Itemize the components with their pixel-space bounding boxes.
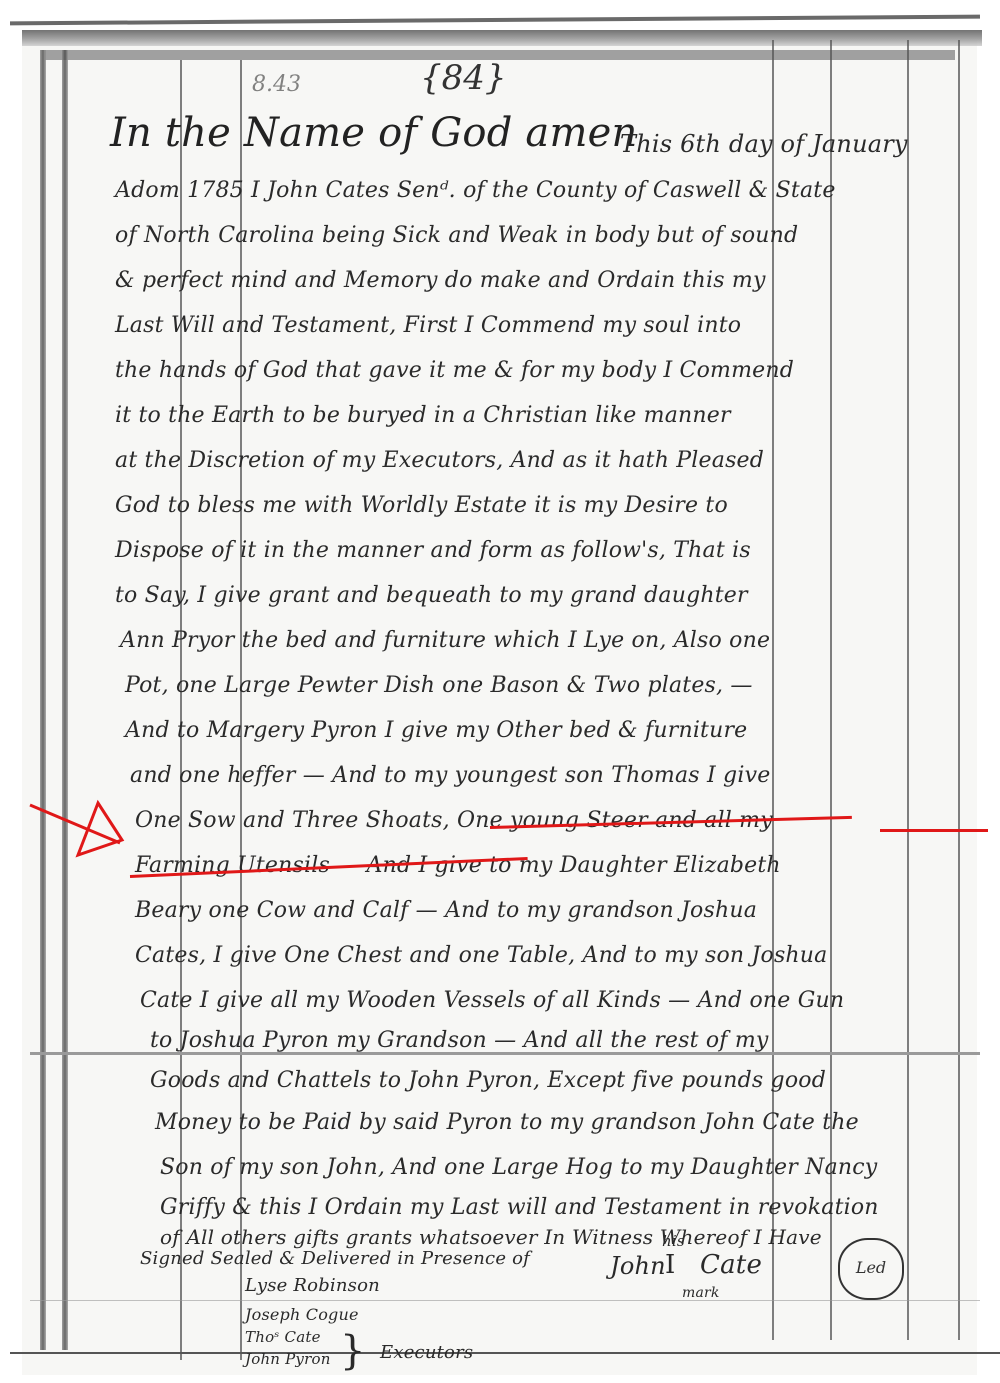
will-line-highlighted: Farming Utensils — And I give to my Daug…	[135, 853, 781, 878]
will-line: Dispose of it in the manner and form as …	[115, 538, 751, 563]
signature-mark: I	[665, 1250, 675, 1280]
will-line: to Joshua Pyron my Grandson — And all th…	[150, 1028, 769, 1053]
executor-name: John Pyron	[245, 1350, 331, 1368]
will-line: of North Carolina being Sick and Weak in…	[115, 223, 798, 248]
will-heading: In the Name of God amen	[110, 110, 637, 156]
will-line: at the Discretion of my Executors, And a…	[115, 448, 764, 473]
will-line: God to bless me with Worldly Estate it i…	[115, 493, 728, 518]
wax-seal: Led	[838, 1238, 904, 1300]
will-line: Cates, I give One Chest and one Table, A…	[135, 943, 828, 968]
scan-top-shadow	[22, 30, 982, 46]
column-rule	[907, 40, 909, 1340]
witness-name: Joseph Cogue	[245, 1305, 359, 1324]
will-line: Ann Pryor the bed and furniture which I …	[120, 628, 770, 653]
column-rule	[958, 40, 960, 1340]
will-line: Money to be Paid by said Pyron to my gra…	[155, 1110, 859, 1135]
signature-first-name: John	[610, 1252, 666, 1280]
signature-his: his	[662, 1232, 685, 1250]
will-line: and one heffer — And to my youngest son …	[130, 763, 770, 788]
will-line: This 6th day of January	[620, 130, 908, 158]
red-underline	[880, 829, 988, 832]
executors-label: Executors	[380, 1342, 473, 1363]
page-number: {84}	[420, 58, 507, 98]
margin-rule-inner	[62, 50, 68, 1350]
scan-bottom-edge	[10, 1352, 1000, 1354]
signature-mark-label: mark	[682, 1285, 720, 1301]
red-arrow-icon	[20, 795, 130, 865]
witness-name: Lyse Robinson	[245, 1275, 380, 1296]
executor-name: Thoˢ Cate	[245, 1328, 321, 1346]
will-line: it to the Earth to be buryed in a Christ…	[115, 403, 731, 428]
will-line: Cate I give all my Wooden Vessels of all…	[140, 988, 844, 1013]
signature-last-name: Cate	[700, 1250, 762, 1280]
will-line: to Say, I give grant and bequeath to my …	[115, 583, 748, 608]
will-line: Son of my son John, And one Large Hog to…	[160, 1155, 877, 1180]
attestation-text: Signed Sealed & Delivered in Presence of	[140, 1248, 530, 1269]
will-line: & perfect mind and Memory do make and Or…	[115, 268, 766, 293]
scan-top-edge	[10, 15, 980, 26]
will-line: Adom 1785 I John Cates Senᵈ. of the Coun…	[115, 178, 836, 203]
will-line-highlighted: Beary one Cow and Calf — And to my grand…	[135, 898, 757, 923]
will-line: the hands of God that gave it me & for m…	[115, 358, 794, 383]
page-fold-line	[30, 1300, 980, 1301]
will-line: Goods and Chattels to John Pyron, Except…	[150, 1068, 826, 1093]
will-line: Pot, one Large Pewter Dish one Bason & T…	[125, 673, 753, 698]
will-line: Last Will and Testament, First I Commend…	[115, 313, 741, 338]
folio-number: 8.43	[252, 72, 301, 97]
column-rule	[830, 40, 832, 1340]
will-line: And to Margery Pyron I give my Other bed…	[125, 718, 747, 743]
margin-rule-outer	[40, 50, 46, 1350]
executor-brace: }	[340, 1328, 366, 1374]
will-line: of All others gifts grants whatsoever In…	[160, 1225, 822, 1249]
will-line: Griffy & this I Ordain my Last will and …	[160, 1195, 879, 1220]
